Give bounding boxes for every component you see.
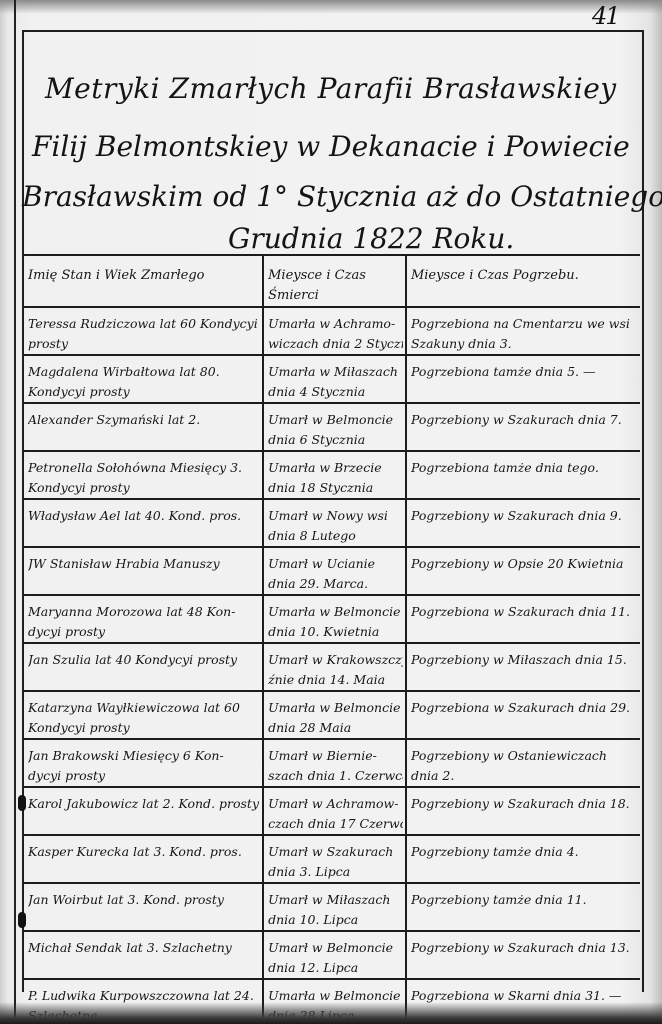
table-row: Magdalena Wirbałtowa lat 80.Kondycyi pro… <box>24 355 640 403</box>
table-row: Jan Szulia lat 40 Kondycyi prostyUmarł w… <box>24 643 640 691</box>
cell-name-line: Maryanna Morozowa lat 48 Kon- <box>28 602 260 622</box>
cell-death: Umarła w Miłaszachdnia 4 Stycznia <box>263 355 406 403</box>
cell-burial-line: Pogrzebiony tamże dnia 11. <box>411 890 638 910</box>
table-row: Kasper Kurecka lat 3. Kond. pros.Umarł w… <box>24 835 640 883</box>
cell-burial-line: Pogrzebiona tamże dnia 5. — <box>411 362 638 382</box>
cell-death-line: Umarł w Miłaszach <box>268 890 403 910</box>
cell-burial-line: Pogrzebiony w Miłaszach dnia 15. <box>411 650 638 670</box>
page-top-shadow <box>0 0 662 14</box>
cell-death-line: dnia 4 Stycznia <box>268 382 403 402</box>
cell-name: Michał Sendak lat 3. Szlachetny <box>24 931 263 979</box>
cell-death-line: Umarł w Achramow- <box>268 794 403 814</box>
cell-name: Maryanna Morozowa lat 48 Kon-dycyi prost… <box>24 595 263 643</box>
cell-death: Umarł w Ucianiednia 29. Marca. <box>263 547 406 595</box>
cell-death-line: Umarł w Nowy wsi <box>268 506 403 526</box>
table-row: JW Stanisław Hrabia ManuszyUmarł w Ucian… <box>24 547 640 595</box>
binding-edge <box>14 0 16 1024</box>
cell-death-line: dnia 8 Lutego <box>268 526 403 546</box>
cell-death-line: Umarł w Belmoncie <box>268 938 403 958</box>
page-bottom-shadow <box>0 1002 662 1024</box>
cell-death-line: wiczach dnia 2 Stycznia <box>268 334 403 354</box>
table-row: Maryanna Morozowa lat 48 Kon-dycyi prost… <box>24 595 640 643</box>
binding-clip <box>18 795 26 811</box>
cell-burial-line: Pogrzebiona w Szakurach dnia 29. <box>411 698 638 718</box>
cell-name: Magdalena Wirbałtowa lat 80.Kondycyi pro… <box>24 355 263 403</box>
table-row: Michał Sendak lat 3. SzlachetnyUmarł w B… <box>24 931 640 979</box>
cell-death-line: Umarła w Brzecie <box>268 458 403 478</box>
cell-name-line: Magdalena Wirbałtowa lat 80. <box>28 362 260 382</box>
cell-burial-line: Pogrzebiony w Opsie 20 Kwietnia <box>411 554 638 574</box>
cell-name: Katarzyna Wayłkiewiczowa lat 60Kondycyi … <box>24 691 263 739</box>
cell-name: Władysław Ael lat 40. Kond. pros. <box>24 499 263 547</box>
cell-burial: Pogrzebiona tamże dnia tego. <box>406 451 640 499</box>
cell-death: Umarła w Belmonciednia 10. Kwietnia <box>263 595 406 643</box>
cell-burial: Pogrzebiony w Szakurach dnia 9. <box>406 499 640 547</box>
cell-death-line: Umarł w Belmoncie <box>268 410 403 430</box>
cell-burial: Pogrzebiony w Ostaniewiczachdnia 2. <box>406 739 640 787</box>
cell-name-line: prosty <box>28 334 260 354</box>
page-number: 41 <box>592 2 619 30</box>
cell-name-line: Alexander Szymański lat 2. <box>28 410 260 430</box>
cell-death-line: dnia 10. Lipca <box>268 910 403 930</box>
cell-burial-line: Pogrzebiony w Szakurach dnia 9. <box>411 506 638 526</box>
cell-burial: Pogrzebiona na Cmentarzu we wsiSzakuny d… <box>406 307 640 355</box>
cell-name: Jan Brakowski Miesięcy 6 Kon-dycyi prost… <box>24 739 263 787</box>
cell-burial: Pogrzebiony w Opsie 20 Kwietnia <box>406 547 640 595</box>
cell-name-line: Jan Szulia lat 40 Kondycyi prosty <box>28 650 260 670</box>
table-row: Władysław Ael lat 40. Kond. pros.Umarł w… <box>24 499 640 547</box>
cell-name-line: Jan Brakowski Miesięcy 6 Kon- <box>28 746 260 766</box>
cell-name-line: Kasper Kurecka lat 3. Kond. pros. <box>28 842 260 862</box>
cell-burial: Pogrzebiony w Szakurach dnia 18. <box>406 787 640 835</box>
cell-death-line: dnia 12. Lipca <box>268 958 403 978</box>
cell-death-line: dnia 3. Lipca <box>268 862 403 882</box>
cell-death-line: źnie dnia 14. Maia <box>268 670 403 690</box>
cell-burial-line: Pogrzebiony w Szakurach dnia 7. <box>411 410 638 430</box>
cell-burial-line: Pogrzebiona na Cmentarzu we wsi <box>411 314 638 334</box>
cell-death: Umarł w Belmonciednia 6 Stycznia <box>263 403 406 451</box>
title-line-4: Grudnia 1822 Roku. <box>228 222 514 255</box>
cell-death-line: Umarł w Ucianie <box>268 554 403 574</box>
cell-death-line: dnia 6 Stycznia <box>268 430 403 450</box>
cell-burial: Pogrzebiona w Szakurach dnia 11. <box>406 595 640 643</box>
table-row: Teressa Rudziczowa lat 60 Kondycyiprosty… <box>24 307 640 355</box>
cell-death-line: Umarł w Krakowszczy- <box>268 650 403 670</box>
cell-death-line: Umarł w Biernie- <box>268 746 403 766</box>
cell-death: Umarła w Brzeciednia 18 Stycznia <box>263 451 406 499</box>
header-place-time-burial: Mieysce i Czas Pogrzebu. <box>406 255 640 307</box>
cell-name-line: Teressa Rudziczowa lat 60 Kondycyi <box>28 314 260 334</box>
cell-name-line: dycyi prosty <box>28 622 260 642</box>
cell-name: Karol Jakubowicz lat 2. Kond. prosty <box>24 787 263 835</box>
cell-name-line: Karol Jakubowicz lat 2. Kond. prosty <box>28 794 260 814</box>
header-name-status-age: Imię Stan i Wiek Zmarłego <box>24 255 263 307</box>
cell-death-line: dnia 18 Stycznia <box>268 478 403 498</box>
cell-death: Umarł w Achramow-czach dnia 17 Czerwca <box>263 787 406 835</box>
cell-death: Umarł w Nowy wsidnia 8 Lutego <box>263 499 406 547</box>
cell-death-line: Umarła w Achramo- <box>268 314 403 334</box>
cell-death: Umarł w Miłaszachdnia 10. Lipca <box>263 883 406 931</box>
cell-name-line: Jan Woirbut lat 3. Kond. prosty <box>28 890 260 910</box>
cell-burial-line: Pogrzebiona w Szakurach dnia 11. <box>411 602 638 622</box>
header-place-time-death: Mieysce i Czas Śmierci <box>263 255 406 307</box>
cell-burial: Pogrzebiony w Szakurach dnia 7. <box>406 403 640 451</box>
cell-death: Umarła w Achramo-wiczach dnia 2 Stycznia <box>263 307 406 355</box>
cell-death-line: dnia 28 Maia <box>268 718 403 738</box>
cell-name-line: Katarzyna Wayłkiewiczowa lat 60 <box>28 698 260 718</box>
cell-death-line: czach dnia 17 Czerwca <box>268 814 403 834</box>
cell-name: Jan Woirbut lat 3. Kond. prosty <box>24 883 263 931</box>
cell-death-line: dnia 10. Kwietnia <box>268 622 403 642</box>
table-row: Petronella Sołohówna Miesięcy 3.Kondycyi… <box>24 451 640 499</box>
cell-burial-line: Pogrzebiony w Szakurach dnia 13. <box>411 938 638 958</box>
table-row: Karol Jakubowicz lat 2. Kond. prostyUmar… <box>24 787 640 835</box>
cell-burial: Pogrzebiona w Szakurach dnia 29. <box>406 691 640 739</box>
cell-burial-line: Pogrzebiony w Ostaniewiczach <box>411 746 638 766</box>
binding-clip <box>18 912 26 928</box>
cell-burial: Pogrzebiona tamże dnia 5. — <box>406 355 640 403</box>
cell-death: Umarł w Belmonciednia 12. Lipca <box>263 931 406 979</box>
cell-name: Kasper Kurecka lat 3. Kond. pros. <box>24 835 263 883</box>
cell-death-line: szach dnia 1. Czerwca <box>268 766 403 786</box>
cell-burial-line: Pogrzebiony tamże dnia 4. <box>411 842 638 862</box>
cell-burial-line: dnia 2. <box>411 766 638 786</box>
cell-name: JW Stanisław Hrabia Manuszy <box>24 547 263 595</box>
table-row: Katarzyna Wayłkiewiczowa lat 60Kondycyi … <box>24 691 640 739</box>
cell-death-line: Umarła w Belmoncie <box>268 602 403 622</box>
title-line-3: Brasławskim od 1° Stycznia aż do Ostatni… <box>22 180 662 213</box>
cell-death-line: dnia 29. Marca. <box>268 574 403 594</box>
cell-name-line: Michał Sendak lat 3. Szlachetny <box>28 938 260 958</box>
table-row: Jan Woirbut lat 3. Kond. prostyUmarł w M… <box>24 883 640 931</box>
cell-death: Umarł w Szakurachdnia 3. Lipca <box>263 835 406 883</box>
title-line-1: Metryki Zmarłych Parafii Brasławskiey <box>45 72 617 105</box>
cell-name-line: dycyi prosty <box>28 766 260 786</box>
cell-burial: Pogrzebiony tamże dnia 4. <box>406 835 640 883</box>
cell-name-line: JW Stanisław Hrabia Manuszy <box>28 554 260 574</box>
cell-name-line: Kondycyi prosty <box>28 718 260 738</box>
cell-name: Petronella Sołohówna Miesięcy 3.Kondycyi… <box>24 451 263 499</box>
cell-name: Jan Szulia lat 40 Kondycyi prosty <box>24 643 263 691</box>
cell-burial-line: Pogrzebiony w Szakurach dnia 18. <box>411 794 638 814</box>
register-page: 41 Metryki Zmarłych Parafii Brasławskiey… <box>0 0 662 1024</box>
table-row: Jan Brakowski Miesięcy 6 Kon-dycyi prost… <box>24 739 640 787</box>
cell-name: Teressa Rudziczowa lat 60 Kondycyiprosty <box>24 307 263 355</box>
cell-death-line: Umarła w Miłaszach <box>268 362 403 382</box>
death-register-table: Imię Stan i Wiek Zmarłego Mieysce i Czas… <box>24 254 640 1024</box>
cell-burial: Pogrzebiony tamże dnia 11. <box>406 883 640 931</box>
cell-name: Alexander Szymański lat 2. <box>24 403 263 451</box>
cell-death: Umarł w Biernie-szach dnia 1. Czerwca <box>263 739 406 787</box>
title-line-2: Filij Belmontskiey w Dekanacie i Powieci… <box>32 130 630 163</box>
cell-death-line: Umarła w Belmoncie <box>268 698 403 718</box>
cell-burial-line: Szakuny dnia 3. <box>411 334 638 354</box>
cell-name-line: Kondycyi prosty <box>28 478 260 498</box>
table-header-row: Imię Stan i Wiek Zmarłego Mieysce i Czas… <box>24 255 640 307</box>
table-row: Alexander Szymański lat 2.Umarł w Belmon… <box>24 403 640 451</box>
cell-burial-line: Pogrzebiona tamże dnia tego. <box>411 458 638 478</box>
cell-death-line: Umarł w Szakurach <box>268 842 403 862</box>
cell-burial: Pogrzebiony w Miłaszach dnia 15. <box>406 643 640 691</box>
cell-death: Umarła w Belmonciednia 28 Maia <box>263 691 406 739</box>
cell-name-line: Kondycyi prosty <box>28 382 260 402</box>
cell-death: Umarł w Krakowszczy-źnie dnia 14. Maia <box>263 643 406 691</box>
cell-name-line: Władysław Ael lat 40. Kond. pros. <box>28 506 260 526</box>
cell-burial: Pogrzebiony w Szakurach dnia 13. <box>406 931 640 979</box>
cell-name-line: Petronella Sołohówna Miesięcy 3. <box>28 458 260 478</box>
